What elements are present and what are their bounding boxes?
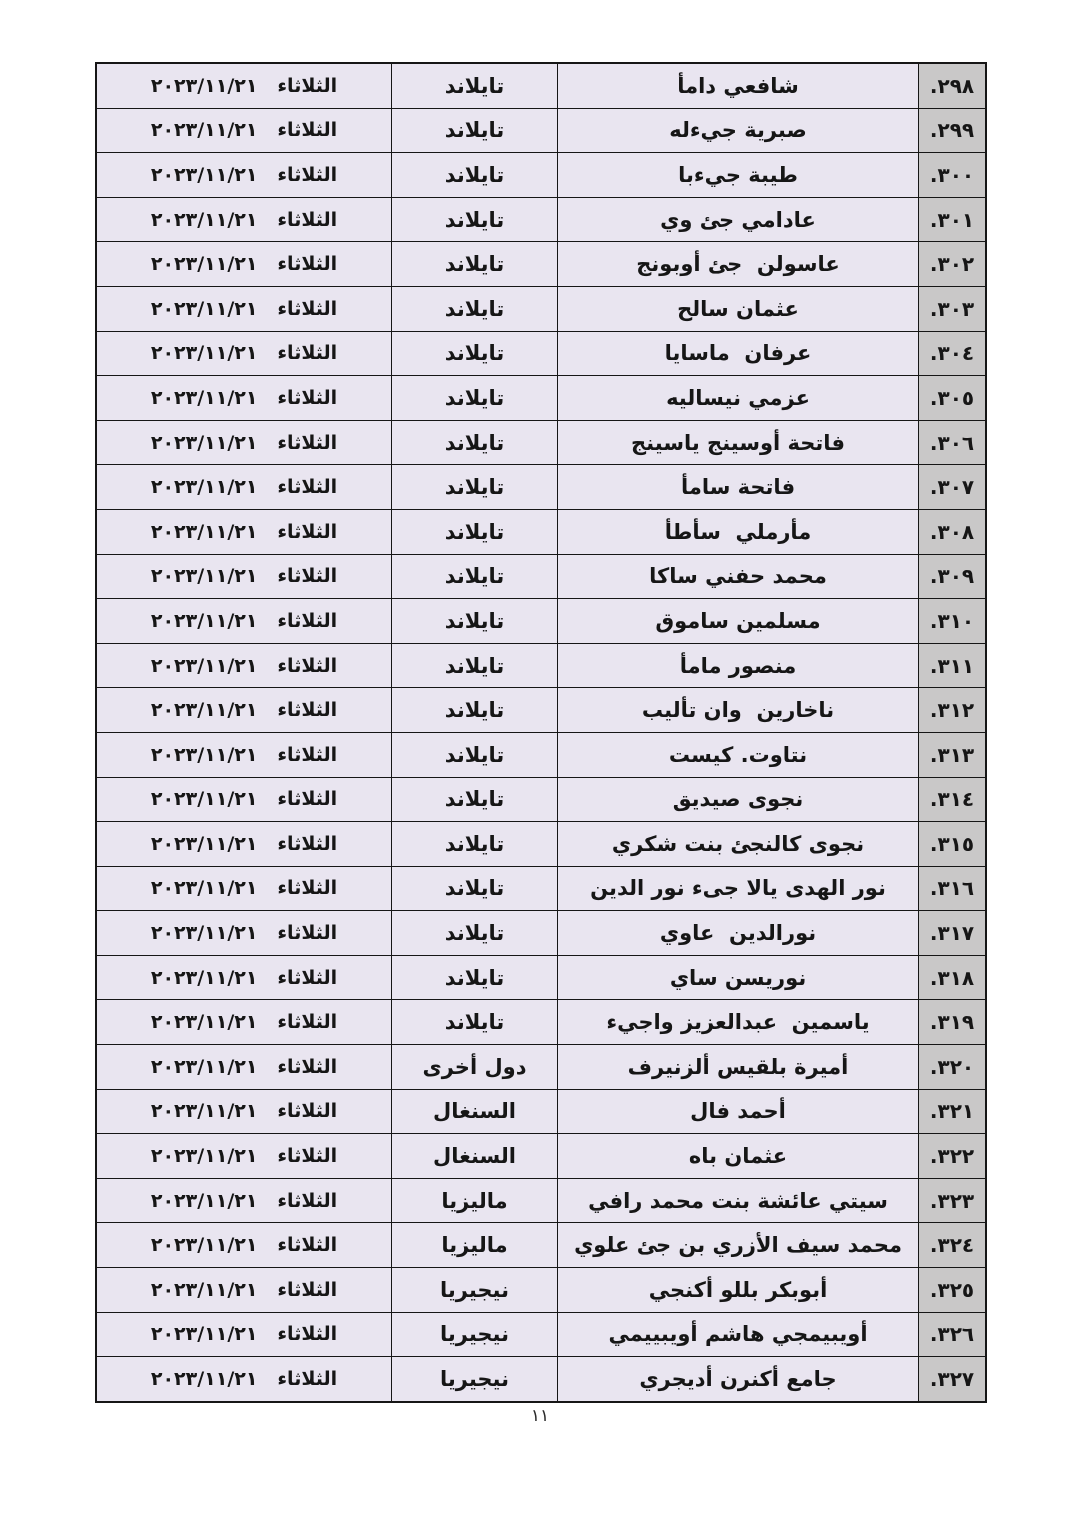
date-cell: الثلاثاء ٢٠٢٣/١١/٢١ — [97, 778, 392, 822]
table-row: ٣١٧. نورالدين عاوي تايلاند الثلاثاء ٢٠٢٣… — [97, 910, 985, 955]
row-number-cell: ٣٠٠. — [919, 153, 985, 197]
table-row: ٣١٥. نجوى كالنجئ بنت شكري تايلاند الثلاث… — [97, 821, 985, 866]
row-number-cell: ٣١٥. — [919, 822, 985, 866]
row-number-cell: ٣٠٧. — [919, 465, 985, 509]
country-cell: تايلاند — [392, 242, 558, 286]
date-cell: الثلاثاء ٢٠٢٣/١١/٢١ — [97, 733, 392, 777]
country-cell: تايلاند — [392, 510, 558, 554]
name-cell: عثمان باه — [558, 1134, 919, 1178]
table-row: ٣١٣. نتاوت. كيست تايلاند الثلاثاء ٢٠٢٣/١… — [97, 732, 985, 777]
row-number-cell: ٣٢٧. — [919, 1357, 985, 1401]
name-cell: أويبيمجي هاشم أويبييمي — [558, 1313, 919, 1357]
date-cell: الثلاثاء ٢٠٢٣/١١/٢١ — [97, 1223, 392, 1267]
date-cell: الثلاثاء ٢٠٢٣/١١/٢١ — [97, 1357, 392, 1401]
table-row: ٣٢٧. جامع أكنرن أديجري نيجيريا الثلاثاء … — [97, 1356, 985, 1401]
table-row: ٣٢٦. أويبيمجي هاشم أويبييمي نيجيريا الثل… — [97, 1312, 985, 1357]
table-row: ٣١٠. مسلمين ساموق تايلاند الثلاثاء ٢٠٢٣/… — [97, 598, 985, 643]
name-cell: محمد سيف الأزري بن جئ علوي — [558, 1223, 919, 1267]
name-cell: نتاوت. كيست — [558, 733, 919, 777]
row-number-cell: ٣٠٢. — [919, 242, 985, 286]
date-cell: الثلاثاء ٢٠٢٣/١١/٢١ — [97, 911, 392, 955]
table-row: ٢٩٩. صبرية جيءله تايلاند الثلاثاء ٢٠٢٣/١… — [97, 108, 985, 153]
date-cell: الثلاثاء ٢٠٢٣/١١/٢١ — [97, 1179, 392, 1223]
date-cell: الثلاثاء ٢٠٢٣/١١/٢١ — [97, 287, 392, 331]
date-cell: الثلاثاء ٢٠٢٣/١١/٢١ — [97, 688, 392, 732]
date-cell: الثلاثاء ٢٠٢٣/١١/٢١ — [97, 644, 392, 688]
table-row: ٣٠١. عادامي جئ وي تايلاند الثلاثاء ٢٠٢٣/… — [97, 197, 985, 242]
country-cell: تايلاند — [392, 153, 558, 197]
country-cell: تايلاند — [392, 733, 558, 777]
name-cell: نجوى صيديق — [558, 778, 919, 822]
country-cell: تايلاند — [392, 465, 558, 509]
date-cell: الثلاثاء ٢٠٢٣/١١/٢١ — [97, 599, 392, 643]
country-cell: تايلاند — [392, 1000, 558, 1044]
country-cell: تايلاند — [392, 778, 558, 822]
table-row: ٣١٩. ياسمين عبدالعزيز واجيء تايلاند الثل… — [97, 999, 985, 1044]
country-cell: تايلاند — [392, 376, 558, 420]
table-row: ٣١٤. نجوى صيديق تايلاند الثلاثاء ٢٠٢٣/١١… — [97, 777, 985, 822]
table-row: ٣١٢. ناخارين وان تأليب تايلاند الثلاثاء … — [97, 687, 985, 732]
row-number-cell: ٣٠١. — [919, 198, 985, 242]
name-cell: أبوبكر بللو أكنجي — [558, 1268, 919, 1312]
name-cell: نور الهدى يالا جىء نور الدين — [558, 867, 919, 911]
row-number-cell: ٣٢٣. — [919, 1179, 985, 1223]
row-number-cell: ٣٠٣. — [919, 287, 985, 331]
country-cell: تايلاند — [392, 911, 558, 955]
country-cell: السنغال — [392, 1090, 558, 1134]
date-cell: الثلاثاء ٢٠٢٣/١١/٢١ — [97, 1045, 392, 1089]
date-cell: الثلاثاء ٢٠٢٣/١١/٢١ — [97, 1134, 392, 1178]
row-number-cell: ٣١٨. — [919, 956, 985, 1000]
table-row: ٣٠٠. طيبة جيءبا تايلاند الثلاثاء ٢٠٢٣/١١… — [97, 152, 985, 197]
table-row: ٢٩٨. شافعي دامأ تايلاند الثلاثاء ٢٠٢٣/١١… — [97, 64, 985, 108]
name-cell: محمد حفني ساكا — [558, 555, 919, 599]
row-number-cell: ٢٩٨. — [919, 64, 985, 108]
country-cell: تايلاند — [392, 198, 558, 242]
row-number-cell: ٣١٢. — [919, 688, 985, 732]
name-cell: عرفان ماسايا — [558, 332, 919, 376]
date-cell: الثلاثاء ٢٠٢٣/١١/٢١ — [97, 153, 392, 197]
page-number: ١١ — [531, 1406, 549, 1426]
row-number-cell: ٣١٤. — [919, 778, 985, 822]
name-cell: جامع أكنرن أديجري — [558, 1357, 919, 1401]
row-number-cell: ٣١٣. — [919, 733, 985, 777]
table-row: ٣١٦. نور الهدى يالا جىء نور الدين تايلان… — [97, 866, 985, 911]
table-row: ٣٠٧. فاتحة سامأ تايلاند الثلاثاء ٢٠٢٣/١١… — [97, 464, 985, 509]
name-cell: نوريسن ساي — [558, 956, 919, 1000]
table-row: ٣٢٥. أبوبكر بللو أكنجي نيجيريا الثلاثاء … — [97, 1267, 985, 1312]
name-cell: طيبة جيءبا — [558, 153, 919, 197]
date-cell: الثلاثاء ٢٠٢٣/١١/٢١ — [97, 1313, 392, 1357]
table-row: ٣٠٤. عرفان ماسايا تايلاند الثلاثاء ٢٠٢٣/… — [97, 331, 985, 376]
country-cell: تايلاند — [392, 64, 558, 108]
row-number-cell: ٣١٩. — [919, 1000, 985, 1044]
row-number-cell: ٣٢٤. — [919, 1223, 985, 1267]
name-cell: أحمد فال — [558, 1090, 919, 1134]
row-number-cell: ٣٢١. — [919, 1090, 985, 1134]
date-cell: الثلاثاء ٢٠٢٣/١١/٢١ — [97, 376, 392, 420]
row-number-cell: ٣١١. — [919, 644, 985, 688]
country-cell: تايلاند — [392, 867, 558, 911]
name-cell: عثمان سالح — [558, 287, 919, 331]
names-table: ٢٩٨. شافعي دامأ تايلاند الثلاثاء ٢٠٢٣/١١… — [95, 62, 987, 1403]
table-row: ٣٠٦. فاتحة أوسينج ياسينج تايلاند الثلاثا… — [97, 420, 985, 465]
row-number-cell: ٣٠٥. — [919, 376, 985, 420]
table-row: ٣٠٥. عزمي نيساليه تايلاند الثلاثاء ٢٠٢٣/… — [97, 375, 985, 420]
table-row: ٣٢٠. أميرة بلقيس ألزنيرف دول أخرى الثلاث… — [97, 1044, 985, 1089]
name-cell: منصور مامأ — [558, 644, 919, 688]
name-cell: مأرملي سأطأ — [558, 510, 919, 554]
table-row: ٣٠٣. عثمان سالح تايلاند الثلاثاء ٢٠٢٣/١١… — [97, 286, 985, 331]
date-cell: الثلاثاء ٢٠٢٣/١١/٢١ — [97, 1090, 392, 1134]
row-number-cell: ٣٢٥. — [919, 1268, 985, 1312]
row-number-cell: ٣٢٢. — [919, 1134, 985, 1178]
date-cell: الثلاثاء ٢٠٢٣/١١/٢١ — [97, 242, 392, 286]
country-cell: تايلاند — [392, 599, 558, 643]
table-row: ٣٢١. أحمد فال السنغال الثلاثاء ٢٠٢٣/١١/٢… — [97, 1089, 985, 1134]
country-cell: تايلاند — [392, 109, 558, 153]
date-cell: الثلاثاء ٢٠٢٣/١١/٢١ — [97, 64, 392, 108]
country-cell: نيجيريا — [392, 1313, 558, 1357]
country-cell: تايلاند — [392, 287, 558, 331]
name-cell: عاسولن جئ أوبونج — [558, 242, 919, 286]
name-cell: نجوى كالنجئ بنت شكري — [558, 822, 919, 866]
name-cell: عزمي نيساليه — [558, 376, 919, 420]
date-cell: الثلاثاء ٢٠٢٣/١١/٢١ — [97, 465, 392, 509]
date-cell: الثلاثاء ٢٠٢٣/١١/٢١ — [97, 956, 392, 1000]
country-cell: نيجيريا — [392, 1357, 558, 1401]
date-cell: الثلاثاء ٢٠٢٣/١١/٢١ — [97, 332, 392, 376]
row-number-cell: ٣١٠. — [919, 599, 985, 643]
country-cell: تايلاند — [392, 688, 558, 732]
date-cell: الثلاثاء ٢٠٢٣/١١/٢١ — [97, 555, 392, 599]
row-number-cell: ٣٠٦. — [919, 421, 985, 465]
name-cell: صبرية جيءله — [558, 109, 919, 153]
row-number-cell: ٣٠٩. — [919, 555, 985, 599]
country-cell: تايلاند — [392, 644, 558, 688]
table-row: ٣١٨. نوريسن ساي تايلاند الثلاثاء ٢٠٢٣/١١… — [97, 955, 985, 1000]
row-number-cell: ٢٩٩. — [919, 109, 985, 153]
table-row: ٣٢٤. محمد سيف الأزري بن جئ علوي ماليزيا … — [97, 1222, 985, 1267]
country-cell: نيجيريا — [392, 1268, 558, 1312]
date-cell: الثلاثاء ٢٠٢٣/١١/٢١ — [97, 109, 392, 153]
table-row: ٣٠٩. محمد حفني ساكا تايلاند الثلاثاء ٢٠٢… — [97, 554, 985, 599]
name-cell: مسلمين ساموق — [558, 599, 919, 643]
name-cell: فاتحة سامأ — [558, 465, 919, 509]
date-cell: الثلاثاء ٢٠٢٣/١١/٢١ — [97, 510, 392, 554]
date-cell: الثلاثاء ٢٠٢٣/١١/٢١ — [97, 421, 392, 465]
table-row: ٣٠٢. عاسولن جئ أوبونج تايلاند الثلاثاء ٢… — [97, 241, 985, 286]
country-cell: تايلاند — [392, 332, 558, 376]
row-number-cell: ٣٢٠. — [919, 1045, 985, 1089]
date-cell: الثلاثاء ٢٠٢٣/١١/٢١ — [97, 1268, 392, 1312]
country-cell: تايلاند — [392, 956, 558, 1000]
name-cell: عادامي جئ وي — [558, 198, 919, 242]
country-cell: ماليزيا — [392, 1223, 558, 1267]
table-row: ٣٠٨. مأرملي سأطأ تايلاند الثلاثاء ٢٠٢٣/١… — [97, 509, 985, 554]
date-cell: الثلاثاء ٢٠٢٣/١١/٢١ — [97, 822, 392, 866]
name-cell: شافعي دامأ — [558, 64, 919, 108]
row-number-cell: ٣٢٦. — [919, 1313, 985, 1357]
name-cell: نورالدين عاوي — [558, 911, 919, 955]
table-row: ٣١١. منصور مامأ تايلاند الثلاثاء ٢٠٢٣/١١… — [97, 643, 985, 688]
name-cell: أميرة بلقيس ألزنيرف — [558, 1045, 919, 1089]
date-cell: الثلاثاء ٢٠٢٣/١١/٢١ — [97, 867, 392, 911]
row-number-cell: ٣٠٨. — [919, 510, 985, 554]
row-number-cell: ٣١٦. — [919, 867, 985, 911]
country-cell: السنغال — [392, 1134, 558, 1178]
table-row: ٣٢٣. سيتي عائشة بنت محمد رافي ماليزيا ال… — [97, 1178, 985, 1223]
date-cell: الثلاثاء ٢٠٢٣/١١/٢١ — [97, 1000, 392, 1044]
name-cell: فاتحة أوسينج ياسينج — [558, 421, 919, 465]
country-cell: دول أخرى — [392, 1045, 558, 1089]
country-cell: تايلاند — [392, 421, 558, 465]
table-row: ٣٢٢. عثمان باه السنغال الثلاثاء ٢٠٢٣/١١/… — [97, 1133, 985, 1178]
document-page: ٢٩٨. شافعي دامأ تايلاند الثلاثاء ٢٠٢٣/١١… — [0, 0, 1080, 1527]
row-number-cell: ٣١٧. — [919, 911, 985, 955]
name-cell: ياسمين عبدالعزيز واجيء — [558, 1000, 919, 1044]
row-number-cell: ٣٠٤. — [919, 332, 985, 376]
country-cell: ماليزيا — [392, 1179, 558, 1223]
name-cell: ناخارين وان تأليب — [558, 688, 919, 732]
country-cell: تايلاند — [392, 555, 558, 599]
country-cell: تايلاند — [392, 822, 558, 866]
name-cell: سيتي عائشة بنت محمد رافي — [558, 1179, 919, 1223]
date-cell: الثلاثاء ٢٠٢٣/١١/٢١ — [97, 198, 392, 242]
